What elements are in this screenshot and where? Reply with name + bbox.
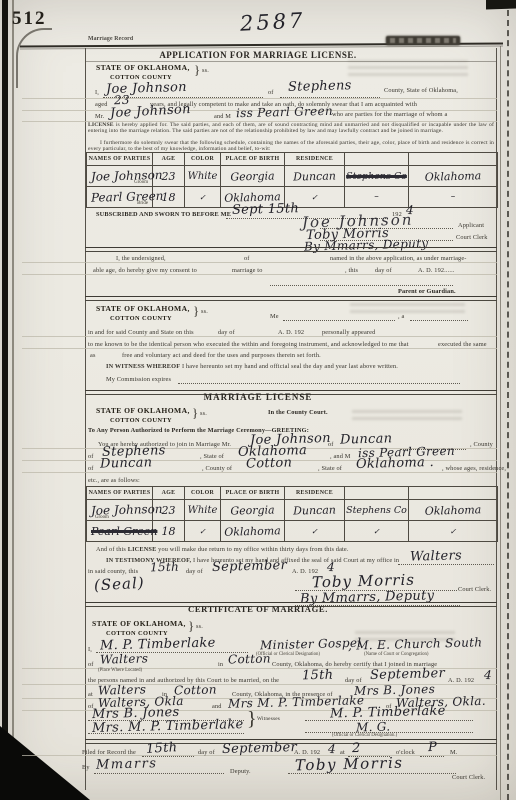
application-county-state-text: County, State of Oklahoma, [384, 87, 458, 94]
license-ss: ss. [200, 410, 207, 417]
notary-day-of: day of [218, 329, 235, 336]
application-ss: ss. [202, 67, 209, 74]
bride-color-ditto: ✓ [185, 527, 220, 536]
application-and-m-label: and M [214, 113, 231, 120]
col-header-blank [345, 487, 409, 500]
groom-color: White [185, 171, 220, 182]
bleed-through-smudge [348, 60, 468, 76]
certificate-and-label: and [212, 703, 222, 710]
bride-residence-city-ditto: ✓ [285, 193, 344, 202]
bride-color-ditto: ✓ [185, 193, 220, 202]
certificate-ad: A. D. 192 [448, 677, 474, 684]
guardian-label: Parent or Guardian. [398, 288, 456, 295]
cell-bride-birth: Oklahoma [221, 521, 285, 542]
cell-bride-res-county: ✓ [345, 521, 409, 542]
cell-groom-birth: Georgia [221, 166, 285, 187]
col-header-blank [409, 153, 498, 166]
bride-residence-state-ditto: – [409, 192, 497, 202]
bride-role-label: Bride [137, 201, 148, 206]
bleed-through-smudge [352, 408, 462, 420]
notary-ss: ss. [201, 308, 208, 315]
license-state-of2: , State of [318, 465, 342, 472]
applicant-county-handwriting: Stephens [288, 78, 352, 95]
return-b: you will make due return to my office wi… [156, 546, 348, 553]
license-month-hw: September [212, 558, 287, 575]
filed-month-hw: September [222, 740, 297, 757]
bride-residence-county-ditto: – [345, 192, 408, 202]
license-return-clause: And of this LICENSE you will make due re… [96, 546, 349, 553]
certificate-title: CERTIFICATE OF MARRIAGE. [0, 606, 516, 613]
applicant-signature-label: Applicant [458, 222, 484, 229]
groom-color: White [185, 505, 220, 516]
filed-ampm-hw: P [428, 740, 437, 755]
certificate-in-label: in [218, 661, 223, 668]
application-parties-table: NAMES OF PARTIES AGE COLOR PLACE OF BIRT… [86, 152, 498, 208]
signature-line [288, 772, 456, 774]
notary-state-line: STATE OF OKLAHOMA, [96, 304, 190, 313]
blank-line [178, 382, 460, 384]
groom-name-handwriting: Joe Johnson [110, 102, 192, 121]
license-bride-state-hw: Oklahoma . [356, 455, 434, 472]
cell-bride-res-city: ✓ [285, 521, 345, 542]
license-etc-line: etc., are as follows: [88, 477, 140, 484]
notary-ss-brace: } [193, 303, 199, 319]
groom-age: 23 [153, 504, 184, 517]
table-row-groom: Joe JohnsonGroom 23 White Georgia Duncan… [87, 500, 498, 521]
application-top-line [85, 61, 497, 62]
filed-deputy-signature: Mmarrs [96, 756, 158, 773]
top-right-corner-bar [486, 0, 516, 10]
consent-line2-a: able age, do hereby give my consent to [93, 267, 197, 274]
cell-groom-res-state: Oklahoma [409, 500, 498, 521]
consent-line1-b: named in the above application, as under… [330, 255, 467, 262]
bride-residence-city-ditto: ✓ [285, 527, 344, 536]
col-header-residence: RESIDENCE [285, 153, 345, 166]
groom-residence-county: Stephens Co [345, 171, 408, 182]
cell-bride-color: ✓ [185, 187, 221, 208]
certificate-county-line: COTTON COUNTY [106, 630, 168, 637]
blank-line [410, 319, 468, 321]
consent-day-of: day of [375, 267, 392, 274]
table-row-groom: Joe JohnsonGroom 23 White Georgia Duncan… [87, 166, 498, 187]
cell-bride-res-state: ✓ [409, 521, 498, 542]
notary-a-label: , a [398, 313, 404, 320]
license-county-suffix: , County [470, 441, 493, 448]
license-bride-city-hw: Duncan [100, 455, 153, 471]
congregation-caption: (Name of Court or Congregation) [364, 652, 428, 657]
col-header-blank [409, 487, 498, 500]
notary-ad: A. D. 192 [278, 329, 304, 336]
seal-handwriting: (Seal) [94, 574, 145, 595]
application-title: APPLICATION FOR MARRIAGE LICENSE. [0, 52, 516, 59]
filed-prefix: Filed for Record the [82, 749, 136, 756]
return-a: And of this [96, 546, 128, 553]
col-header-blank [345, 153, 409, 166]
col-header-birth: PLACE OF BIRTH [221, 487, 285, 500]
license-of1: of [328, 441, 334, 448]
cell-groom-name: Joe JohnsonGroom [87, 166, 153, 187]
blank-line [398, 563, 494, 565]
groom-residence-state: Oklahoma [409, 168, 497, 183]
notary-me-label: Me [270, 313, 279, 320]
sworn-prefix: SUBSCRIBED AND SWORN TO BEFORE ME [96, 211, 231, 218]
cell-groom-age: 23 [153, 500, 185, 521]
filed-m-label: M. [450, 749, 457, 756]
col-header-birth: PLACE OF BIRTH [221, 153, 285, 166]
ruled-line [22, 98, 497, 99]
license-and-m: , and M [330, 453, 350, 460]
notary-line3-a: as [90, 352, 96, 359]
bride-name-scribbled: Pearl Green [87, 525, 152, 538]
cell-groom-age: 23 [153, 166, 185, 187]
witnesses-label: Witnesses [257, 716, 280, 723]
certificate-of-label: of [88, 661, 94, 668]
license-court-line: In the County Court. [268, 409, 328, 416]
clerk-signature-label: Court Clerk [456, 234, 488, 241]
cell-bride-age: 18 [153, 521, 185, 542]
blank-line [280, 96, 380, 98]
consent-of-label: of [244, 255, 250, 262]
groom-residence-state: Oklahoma [409, 502, 497, 517]
license-day-hw: 15th [150, 560, 179, 575]
col-header-color: COLOR [185, 153, 221, 166]
section-divider [85, 296, 497, 301]
ruled-line [22, 348, 497, 349]
filed-clerk-label: Court Clerk. [452, 774, 485, 781]
license-of3: of [88, 465, 94, 472]
officiant-congregation-hw: , M. E. Church South [348, 635, 483, 653]
license-day-of: day of [186, 568, 203, 575]
ruled-line [22, 336, 497, 337]
groom-age: 23 [153, 170, 184, 183]
cell-groom-res-county: Stephens Co [345, 166, 409, 187]
cell-groom-color: White [185, 500, 221, 521]
groom-residence-city: Duncan [285, 503, 344, 518]
application-i-label: I, [95, 89, 99, 96]
bride-name-handwriting: iss Pearl Green [236, 104, 333, 121]
license-title: MARRIAGE LICENSE [0, 394, 516, 401]
certificate-ss: ss. [196, 623, 203, 630]
cell-bride-age: 18 [153, 187, 185, 208]
table-row-bride: Pearl Green 18 ✓ Oklahoma ✓ ✓ ✓ [87, 521, 498, 542]
cell-bride-name: Pearl GreenBride [87, 187, 153, 208]
bride-residence-state-ditto: ✓ [409, 527, 497, 536]
cell-groom-res-county: Stephens Co [345, 500, 409, 521]
notary-line1-a: in and for said County and State on this [88, 329, 194, 336]
section-divider [85, 247, 497, 252]
license-state-line: STATE OF OKLAHOMA, [96, 406, 190, 415]
ruled-line [22, 274, 497, 275]
groom-birthplace: Georgia [221, 503, 284, 518]
document-number-handwritten: 2587 [239, 8, 306, 35]
right-page-edge-line [500, 46, 501, 800]
bleed-through-smudge [350, 300, 465, 313]
cell-groom-res-city: Duncan [285, 166, 345, 187]
blank-line [420, 755, 444, 757]
license-clerk-label: Court Clerk. [458, 586, 491, 593]
license-county-line: COTTON COUNTY [110, 417, 172, 424]
cell-bride-name: Pearl Green [87, 521, 153, 542]
bride-birthplace: Oklahoma [221, 524, 284, 539]
license-applied-paragraph: LICENSE is hereby applied for. The said … [88, 122, 494, 134]
application-aged-label: aged [95, 101, 108, 108]
cell-groom-name: Joe JohnsonGroom [87, 500, 153, 521]
filed-year-hw: 4 [328, 742, 336, 756]
col-header-color: COLOR [185, 487, 221, 500]
col-header-age: AGE [153, 487, 185, 500]
certificate-ss-brace: } [188, 618, 194, 634]
bride-age: 18 [153, 525, 184, 538]
groom-role-label: Groom [134, 180, 148, 185]
consent-line1-a: I, the undersigned, [116, 255, 166, 262]
return-bold: LICENSE [128, 546, 157, 553]
license-bride-county-hw: Cotton [246, 455, 293, 471]
certificate-county-hw: Cotton [228, 651, 271, 666]
officiant-location-hw: Walters [100, 651, 149, 666]
official-designation-caption: (Official or Clerical Designation.) [332, 733, 397, 738]
consent-ad-label: A. D. 192...... [418, 267, 455, 274]
groom-birthplace: Georgia [221, 169, 284, 184]
signature-line [88, 732, 244, 734]
license-parties-table: NAMES OF PARTIES AGE COLOR PLACE OF BIRT… [86, 486, 498, 542]
page-number: 512 [12, 8, 47, 30]
notary-witness-bold: IN WITNESS WHEREOF [106, 363, 180, 370]
filed-by-label: By [82, 764, 90, 771]
license-state-of: , State of [200, 453, 224, 460]
notary-witness-line: IN WITNESS WHEREOF I have hereunto set m… [106, 363, 398, 370]
application-state-line: STATE OF OKLAHOMA, [96, 63, 190, 72]
cell-groom-color: White [185, 166, 221, 187]
bride-residence-county-ditto: ✓ [345, 527, 408, 536]
notary-county-line: COTTON COUNTY [110, 315, 172, 322]
certificate-day-hw: 15th [302, 668, 334, 684]
col-header-names: NAMES OF PARTIES [87, 487, 153, 500]
groom-residence-county: Stephens Co [345, 505, 408, 516]
certificate-year-hw: 4 [484, 668, 492, 682]
ruled-line [22, 472, 497, 473]
certificate-month-hw: September [370, 666, 445, 683]
officiant-designation-hw: Minister Gospel [260, 636, 362, 653]
cell-groom-res-state: Oklahoma [409, 166, 498, 187]
consent-line2-b: marriage to [232, 267, 263, 274]
sworn-date-handwriting: Sept 15th [232, 201, 299, 218]
col-header-names: NAMES OF PARTIES [87, 153, 153, 166]
certificate-at-label: at [88, 691, 93, 698]
application-of-label: of [268, 89, 274, 96]
filed-day-of: day of [198, 749, 215, 756]
notary-line3-b: free and voluntary act and deed for the … [122, 352, 321, 359]
filed-deputy-label: Deputy. [230, 768, 251, 775]
cell-bride-res-county: – [345, 187, 409, 208]
scanned-marriage-record-page: 512 2587 Marriage Record APPLICATION FOR… [0, 0, 516, 800]
notary-commission-label: My Commission expires [106, 376, 171, 383]
located-caption: (Place Where Located) [98, 668, 142, 673]
furthermore-paragraph: I furthermore do solemnly swear that the… [88, 140, 494, 152]
application-mr-label: Mr. [95, 113, 104, 120]
license-whose-suffix: , whose ages, residence, [442, 465, 506, 472]
stamp-texture [390, 38, 456, 43]
groom-role-label: Groom [95, 515, 109, 520]
publisher-stamp-smudge [386, 36, 460, 45]
cell-groom-res-city: Duncan [285, 500, 345, 521]
filed-day-hw: 15th [146, 740, 178, 757]
notary-witness-rest: I have hereunto set my hand and official… [180, 363, 398, 370]
col-header-age: AGE [153, 153, 185, 166]
right-stitch-line [507, 10, 509, 800]
margin-label: Marriage Record [88, 36, 133, 43]
bride-age: 18 [153, 191, 184, 204]
application-parties-text: who are parties for the marriage of whom… [332, 111, 447, 118]
certificate-state-line: STATE OF OKLAHOMA, [92, 619, 186, 628]
notary-line1-b: personally appeared [322, 329, 375, 336]
signature-line [94, 772, 224, 774]
cell-bride-res-state: – [409, 187, 498, 208]
application-ss-brace: } [194, 62, 200, 78]
guardian-signature-line [270, 284, 453, 286]
consent-line2-c: , this [345, 267, 358, 274]
license-of2: of [88, 453, 94, 460]
groom-residence-city: Duncan [285, 169, 344, 184]
notary-line2-a: to me known to be the identical person w… [88, 341, 409, 348]
blank-line [283, 319, 395, 321]
cell-groom-birth: Georgia [221, 500, 285, 521]
license-county-of: , County of [202, 465, 232, 472]
certificate-i-label: I, [88, 646, 92, 653]
license-paragraph-text: is hereby applied for. The said parties,… [88, 122, 494, 134]
col-header-residence: RESIDENCE [285, 487, 345, 500]
notary-line2-b: executed the same [438, 341, 487, 348]
license-ss-brace: } [192, 405, 198, 421]
cell-bride-color: ✓ [185, 521, 221, 542]
ruled-line [22, 262, 497, 263]
witnesses-brace: } [247, 708, 257, 731]
